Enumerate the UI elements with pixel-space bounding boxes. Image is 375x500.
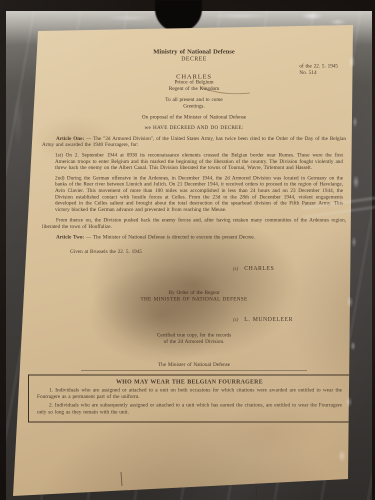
signature-name-mundeleer: L. MUNDELEER <box>244 316 293 323</box>
minister-caps-line: THE MINISTER OF NATIONAL DEFENSE <box>42 296 346 302</box>
citation-item-1: 1st) On 2. September 1944 at 0930 its re… <box>55 152 343 171</box>
fourragere-box-title: WHO MAY WEAR THE BELGIAN FOURRAGERE <box>37 378 342 385</box>
photo-canvas: Ministry of National Defense DECREE of t… <box>0 0 375 500</box>
article-one-paragraph: Article One: — The "2d Armored Division"… <box>42 136 346 149</box>
article-two-text: — The Minister of National Defense is di… <box>86 235 255 241</box>
regent-title-2: Regent of the Kingdom <box>42 86 346 92</box>
signature-prefix: (s) <box>233 266 238 272</box>
fourragere-rule-2: 2. Individuals who are subsequently assi… <box>37 402 342 415</box>
document-paper: Ministry of National Defense DECREE of t… <box>0 0 375 500</box>
article-two-paragraph: Article Two: — The Minister of National … <box>42 235 346 241</box>
document-content: Ministry of National Defense DECREE of t… <box>42 48 346 422</box>
signature-charles: (s)CHARLES <box>42 265 346 272</box>
fourragere-rule-1: 1. Individuals who are assigned or attac… <box>37 387 342 400</box>
given-at-line: Given at Brussels the 22. 5. 1945 <box>70 249 346 255</box>
decree-title: DECREE <box>42 56 346 62</box>
certified-line-2: of the 2d Armored Division. <box>42 339 346 345</box>
signature-prefix-2: (s) <box>233 317 238 323</box>
signature-mundeleer: (s)L. MUNDELEER <box>42 317 346 324</box>
decree-statement: we HAVE DECREED AND DO DECREE: <box>42 125 346 131</box>
minister-signature-line: The Minister of National Defense <box>42 362 346 368</box>
fourragere-box: WHO MAY WEAR THE BELGIAN FOURRAGERE 1. I… <box>28 374 351 422</box>
article-one-text: — The "2d Armored Division", of the Unit… <box>42 136 346 148</box>
signature-name-charles: CHARLES <box>244 265 274 272</box>
decree-number: No. 514 <box>299 70 338 77</box>
ministry-title: Ministry of National Defense <box>42 48 346 55</box>
decree-reference: of the 22. 5. 1945 No. 514 <box>299 63 338 76</box>
signature-rule <box>81 370 307 371</box>
citation-item-2: 2nd) During the German offensive in the … <box>55 175 343 213</box>
greeting-line-2: Greetings. <box>42 103 346 109</box>
proposal-line: On proposal of the Minister of National … <box>42 114 346 120</box>
citation-item-3: From thence on, the Division pushed back… <box>42 218 346 231</box>
article-two-label: Article Two: <box>56 235 84 241</box>
article-one-label: Article One: <box>56 136 84 142</box>
